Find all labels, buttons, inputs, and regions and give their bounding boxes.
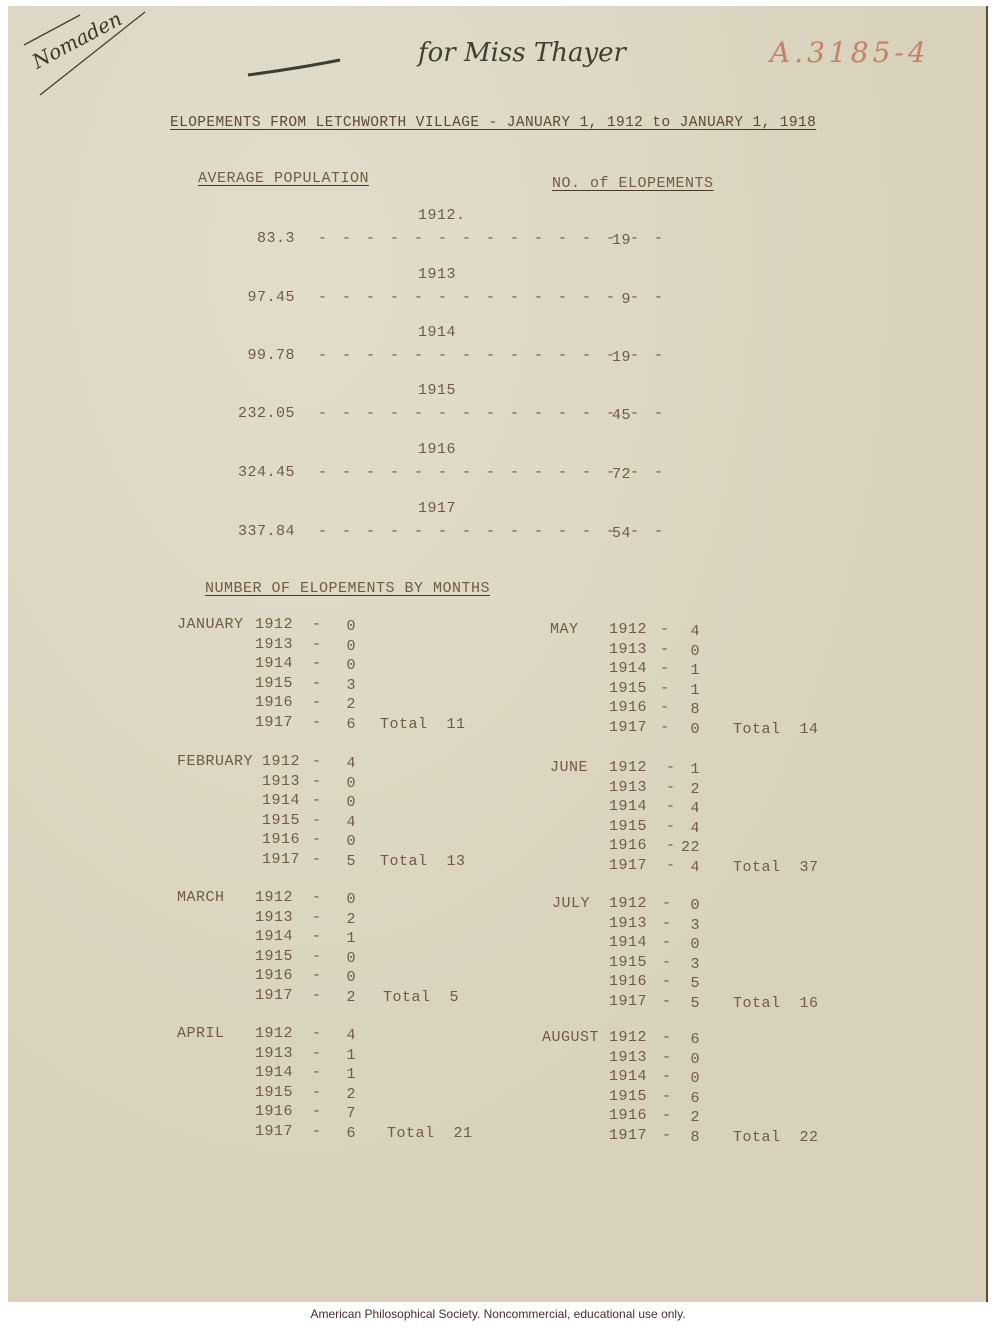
elopements-header: NO. of ELOPEMENTS [552, 175, 714, 192]
month-dash: - [666, 779, 676, 796]
month-value: 6 [690, 1090, 700, 1107]
month-dash: - [312, 1103, 322, 1120]
month-value: 5 [690, 975, 700, 992]
month-year: 1914 [609, 1068, 647, 1085]
month-year: 1913 [262, 773, 300, 790]
month-year: 1915 [609, 954, 647, 971]
month-year: 1915 [255, 1084, 293, 1101]
month-value: 0 [346, 775, 356, 792]
month-dash: - [312, 831, 322, 848]
months-header: NUMBER OF ELOPEMENTS BY MONTHS [205, 580, 490, 597]
month-year: 1916 [255, 694, 293, 711]
month-year: 1917 [255, 1123, 293, 1140]
month-value: 0 [346, 638, 356, 655]
month-value: 0 [690, 721, 700, 738]
month-year: 1912 [609, 895, 647, 912]
month-value: 0 [346, 950, 356, 967]
month-value: 0 [690, 936, 700, 953]
summary-population: 97.45 [247, 289, 295, 306]
month-year: 1916 [609, 973, 647, 990]
month-year: 1913 [609, 779, 647, 796]
month-dash: - [312, 694, 322, 711]
month-dash: - [662, 1107, 672, 1124]
month-year: 1916 [609, 1107, 647, 1124]
month-year: 1914 [609, 934, 647, 951]
month-dash: - [312, 889, 322, 906]
month-dash: - [312, 636, 322, 653]
month-year: 1912 [609, 759, 647, 776]
month-year: 1914 [262, 792, 300, 809]
month-value: 4 [690, 800, 700, 817]
month-dash: - [660, 621, 670, 638]
month-value: 5 [690, 995, 700, 1012]
month-value: 6 [346, 1125, 356, 1142]
month-value: 4 [690, 820, 700, 837]
month-year: 1917 [255, 714, 293, 731]
month-total: Total 11 [380, 716, 466, 733]
month-year: 1915 [609, 1088, 647, 1105]
month-dash: - [660, 660, 670, 677]
month-dash: - [660, 680, 670, 697]
month-value: 3 [690, 956, 700, 973]
month-value: 8 [690, 701, 700, 718]
month-total: Total 5 [383, 989, 459, 1006]
summary-leader-dashes: - - - - - - - - - - - - - - - [318, 289, 666, 306]
summary-elopements: 45 [612, 407, 631, 424]
month-name: JUNE [550, 759, 588, 776]
month-year: 1914 [609, 660, 647, 677]
month-year: 1917 [609, 993, 647, 1010]
month-value: 2 [346, 911, 356, 928]
month-value: 1 [690, 682, 700, 699]
month-year: 1916 [255, 1103, 293, 1120]
month-name: AUGUST [542, 1029, 599, 1046]
month-value: 1 [346, 930, 356, 947]
month-dash: - [312, 792, 322, 809]
month-value: 4 [690, 859, 700, 876]
month-dash: - [662, 973, 672, 990]
month-dash: - [312, 1045, 322, 1062]
month-dash: - [312, 655, 322, 672]
month-year: 1914 [609, 798, 647, 815]
month-year: 1915 [255, 675, 293, 692]
month-year: 1913 [609, 1049, 647, 1066]
month-year: 1912 [255, 889, 293, 906]
month-year: 1917 [609, 719, 647, 736]
summary-year: 1915 [418, 382, 456, 399]
month-dash: - [666, 759, 676, 776]
month-dash: - [312, 753, 322, 770]
month-value: 4 [346, 814, 356, 831]
month-name: MAY [550, 621, 579, 638]
month-name: JANUARY [177, 616, 244, 633]
month-value: 1 [346, 1047, 356, 1064]
month-value: 0 [690, 1051, 700, 1068]
month-dash: - [662, 954, 672, 971]
month-year: 1913 [255, 1045, 293, 1062]
month-dash: - [662, 1127, 672, 1144]
month-value: 22 [681, 839, 700, 856]
month-dash: - [660, 699, 670, 716]
month-value: 2 [690, 781, 700, 798]
month-value: 0 [690, 643, 700, 660]
month-year: 1913 [609, 641, 647, 658]
month-dash: - [666, 798, 676, 815]
month-total: Total 21 [387, 1125, 473, 1142]
month-dash: - [662, 1029, 672, 1046]
summary-population: 99.78 [247, 347, 295, 364]
month-value: 2 [346, 1086, 356, 1103]
month-dash: - [666, 837, 676, 854]
month-year: 1912 [255, 1025, 293, 1042]
month-year: 1916 [609, 699, 647, 716]
month-value: 6 [690, 1031, 700, 1048]
month-dash: - [666, 857, 676, 874]
month-value: 5 [346, 853, 356, 870]
month-year: 1914 [255, 655, 293, 672]
month-dash: - [662, 1068, 672, 1085]
footer-credit: American Philosophical Society. Noncomme… [0, 1307, 996, 1321]
month-year: 1912 [609, 621, 647, 638]
month-value: 0 [346, 618, 356, 635]
month-dash: - [312, 773, 322, 790]
month-year: 1917 [609, 1127, 647, 1144]
month-dash: - [312, 851, 322, 868]
annotation-catalog-number: A.3185-4 [770, 36, 930, 69]
month-value: 0 [346, 891, 356, 908]
month-year: 1913 [255, 636, 293, 653]
month-year: 1913 [255, 909, 293, 926]
month-value: 1 [346, 1066, 356, 1083]
month-total: Total 16 [733, 995, 819, 1012]
document-title: ELOPEMENTS FROM LETCHWORTH VILLAGE - JAN… [170, 115, 816, 131]
summary-elopements: 54 [612, 525, 631, 542]
month-total: Total 14 [733, 721, 819, 738]
summary-population: 232.05 [238, 405, 295, 422]
month-value: 0 [346, 794, 356, 811]
summary-population: 337.84 [238, 523, 295, 540]
month-name: MARCH [177, 889, 225, 906]
month-dash: - [662, 895, 672, 912]
month-dash: - [312, 714, 322, 731]
month-dash: - [312, 1123, 322, 1140]
month-year: 1915 [255, 948, 293, 965]
summary-elopements: 19 [612, 349, 631, 366]
summary-population: 83.3 [257, 230, 295, 247]
month-value: 0 [346, 657, 356, 674]
month-value: 2 [346, 696, 356, 713]
month-dash: - [312, 1064, 322, 1081]
summary-year: 1916 [418, 441, 456, 458]
average-population-header: AVERAGE POPULATION [198, 170, 369, 187]
month-year: 1915 [609, 818, 647, 835]
month-year: 1916 [255, 967, 293, 984]
document-page [8, 6, 988, 1302]
summary-year: 1912. [418, 207, 466, 224]
summary-year: 1913 [418, 266, 456, 283]
month-dash: - [312, 675, 322, 692]
month-year: 1917 [262, 851, 300, 868]
month-year: 1914 [255, 1064, 293, 1081]
month-year: 1916 [262, 831, 300, 848]
month-dash: - [662, 934, 672, 951]
month-value: 3 [690, 917, 700, 934]
month-value: 1 [690, 761, 700, 778]
month-dash: - [312, 1025, 322, 1042]
month-total: Total 13 [380, 853, 466, 870]
month-year: 1914 [255, 928, 293, 945]
month-name: FEBRUARY [177, 753, 253, 770]
annotation-signature: for Miss Thayer [418, 38, 626, 68]
month-value: 1 [690, 662, 700, 679]
month-dash: - [662, 1088, 672, 1105]
summary-population: 324.45 [238, 464, 295, 481]
month-value: 0 [690, 1070, 700, 1087]
month-year: 1916 [609, 837, 647, 854]
month-dash: - [660, 719, 670, 736]
month-dash: - [666, 818, 676, 835]
month-year: 1915 [262, 812, 300, 829]
month-value: 0 [346, 833, 356, 850]
month-year: 1915 [609, 680, 647, 697]
month-dash: - [660, 641, 670, 658]
month-value: 4 [346, 755, 356, 772]
month-year: 1912 [609, 1029, 647, 1046]
month-total: Total 37 [733, 859, 819, 876]
month-value: 7 [346, 1105, 356, 1122]
month-value: 0 [690, 897, 700, 914]
month-dash: - [312, 948, 322, 965]
month-value: 6 [346, 716, 356, 733]
month-value: 8 [690, 1129, 700, 1146]
month-dash: - [662, 915, 672, 932]
summary-year: 1914 [418, 324, 456, 341]
summary-elopements: 9 [621, 291, 631, 308]
month-value: 0 [346, 969, 356, 986]
summary-elopements: 19 [612, 232, 631, 249]
month-dash: - [312, 909, 322, 926]
month-value: 4 [346, 1027, 356, 1044]
month-name: JULY [552, 895, 590, 912]
month-dash: - [312, 928, 322, 945]
month-dash: - [312, 616, 322, 633]
month-year: 1917 [609, 857, 647, 874]
month-year: 1912 [255, 616, 293, 633]
month-total: Total 22 [733, 1129, 819, 1146]
month-dash: - [662, 993, 672, 1010]
month-year: 1913 [609, 915, 647, 932]
month-dash: - [312, 987, 322, 1004]
month-dash: - [312, 967, 322, 984]
month-value: 4 [690, 623, 700, 640]
month-value: 2 [690, 1109, 700, 1126]
month-dash: - [662, 1049, 672, 1066]
month-year: 1912 [262, 753, 300, 770]
month-year: 1917 [255, 987, 293, 1004]
summary-year: 1917 [418, 500, 456, 517]
month-value: 2 [346, 989, 356, 1006]
summary-elopements: 72 [612, 466, 631, 483]
month-name: APRIL [177, 1025, 225, 1042]
month-dash: - [312, 1084, 322, 1101]
month-value: 3 [346, 677, 356, 694]
month-dash: - [312, 812, 322, 829]
